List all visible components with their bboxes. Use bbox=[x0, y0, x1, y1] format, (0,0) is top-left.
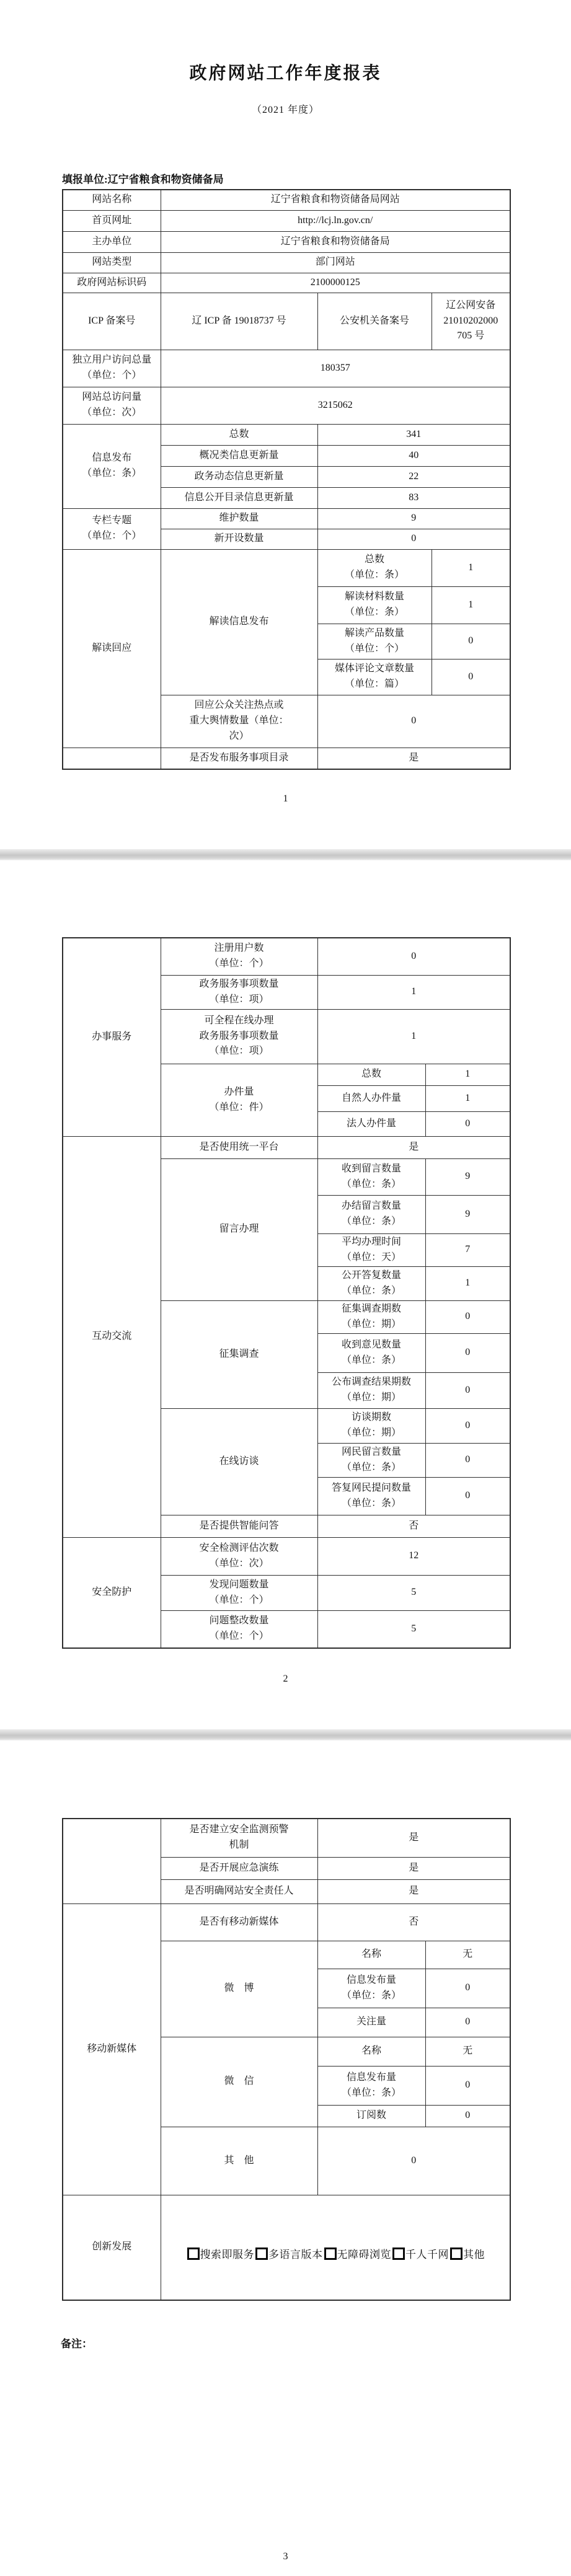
site-type-value: 部门网站 bbox=[161, 252, 510, 273]
site-code-label: 政府网站标识码 bbox=[63, 273, 161, 293]
site-type-label: 网站类型 bbox=[63, 252, 161, 273]
interpret-product-label: 解读产品数量 （单位：个） bbox=[317, 624, 432, 659]
newmedia-has-value: 否 bbox=[317, 1903, 510, 1941]
interact-results-value: 0 bbox=[425, 1372, 510, 1408]
interact-opinions-label: 收到意见数量 （单位：条） bbox=[317, 1333, 425, 1372]
newmedia-weibo-name-label: 名称 bbox=[317, 1941, 425, 1969]
interact-qa-label: 是否提供智能问答 bbox=[161, 1515, 317, 1537]
page-number-1: 1 bbox=[0, 793, 571, 805]
interact-open-reply-value: 1 bbox=[425, 1266, 510, 1300]
security-fixed-label: 问题整改数量 （单位：个） bbox=[161, 1610, 317, 1648]
unique-visitors-label: 独立用户访问总量 （单位：个） bbox=[63, 350, 161, 387]
columns-group-label: 专栏专题 （单位：个） bbox=[63, 508, 161, 549]
columns-maintain-label: 维护数量 bbox=[161, 508, 317, 529]
empty-cell bbox=[63, 748, 161, 769]
home-url-label: 首页网址 bbox=[63, 210, 161, 231]
info-pub-total-label: 总数 bbox=[161, 424, 317, 445]
security-owner-label: 是否明确网站安全责任人 bbox=[161, 1879, 317, 1903]
info-pub-dynamic-label: 政务动态信息更新量 bbox=[161, 466, 317, 487]
site-name-label: 网站名称 bbox=[63, 190, 161, 210]
service-dir-label: 是否发布服务事项目录 bbox=[161, 748, 317, 769]
interact-avg-value: 7 bbox=[425, 1233, 510, 1266]
table-row: 是否发布服务事项目录 是 bbox=[63, 748, 510, 769]
security-found-label: 发现问题数量 （单位：个） bbox=[161, 1575, 317, 1610]
interpret-media-label: 媒体评论文章数量 （单位：篇） bbox=[317, 659, 432, 695]
interact-open-reply-label: 公开答复数量 （单位：条） bbox=[317, 1266, 425, 1300]
interact-survey-group-label: 征集调查 bbox=[161, 1300, 317, 1408]
site-name-value: 辽宁省粮食和物资储备局网站 bbox=[161, 190, 510, 210]
interact-recv-label: 收到留言数量 （单位：条） bbox=[317, 1158, 425, 1195]
interpret-total-value: 1 bbox=[432, 549, 510, 586]
security-owner-value: 是 bbox=[317, 1879, 510, 1903]
checkbox-accessibility[interactable] bbox=[324, 2247, 337, 2260]
interpret-group-label: 解读回应 bbox=[63, 549, 161, 748]
newmedia-wechat-pub-value: 0 bbox=[425, 2066, 510, 2105]
service-online-label: 可全程在线办理 政务服务事项数量 （单位：项） bbox=[161, 1009, 317, 1064]
table-row: 安全防护 安全检测评估次数 （单位：次） 12 bbox=[63, 1537, 510, 1575]
interact-done-value: 9 bbox=[425, 1195, 510, 1233]
interact-survey-num-label: 征集调查期数 （单位：期） bbox=[317, 1300, 425, 1333]
interact-results-label: 公布调查结果期数 （单位：期） bbox=[317, 1372, 425, 1408]
newmedia-wechat-pub-label: 信息发布量 （单位：条） bbox=[317, 2066, 425, 2105]
newmedia-wechat-name-value: 无 bbox=[425, 2037, 510, 2066]
police-record-label: 公安机关备案号 bbox=[317, 293, 432, 350]
table-row: 独立用户访问总量 （单位：个） 180357 bbox=[63, 350, 510, 387]
total-visits-label: 网站总访问量 （单位：次） bbox=[63, 387, 161, 424]
checkbox-label: 搜索即服务 bbox=[200, 2249, 255, 2261]
page-separator bbox=[0, 849, 571, 860]
security-drill-label: 是否开展应急演练 bbox=[161, 1857, 317, 1879]
interpret-hotspot-label: 回应公众关注热点或 重大舆情数量（单位： 次） bbox=[161, 695, 317, 748]
interpret-hotspot-value: 0 bbox=[317, 695, 510, 748]
info-pub-dynamic-value: 22 bbox=[317, 466, 510, 487]
interact-msg-group-label: 留言办理 bbox=[161, 1158, 317, 1300]
interact-group-label: 互动交流 bbox=[63, 1136, 161, 1537]
interact-done-label: 办结留言数量 （单位：条） bbox=[317, 1195, 425, 1233]
service-online-value: 1 bbox=[317, 1009, 510, 1064]
security-newmedia-innovation-table: 是否建立安全监测预警 机制 是 是否开展应急演练 是 是否明确网站安全责任人 是… bbox=[62, 1818, 511, 2301]
interpret-total-label: 总数 （单位：条） bbox=[317, 549, 432, 586]
checkbox-label: 无障碍浏览 bbox=[337, 2249, 392, 2261]
innovation-group-label: 创新发展 bbox=[63, 2195, 161, 2300]
interact-platform-value: 是 bbox=[317, 1136, 510, 1158]
interact-reply-value: 0 bbox=[425, 1477, 510, 1515]
service-interact-security-table: 办事服务 注册用户数 （单位：个） 0 政务服务事项数量 （单位：项） 1 可全… bbox=[62, 937, 511, 1649]
newmedia-weibo-fans-label: 关注量 bbox=[317, 2008, 425, 2037]
service-items-label: 政务服务事项数量 （单位：项） bbox=[161, 975, 317, 1009]
report-year: （2021 年度） bbox=[0, 102, 571, 116]
service-reg-label: 注册用户数 （单位：个） bbox=[161, 938, 317, 975]
interact-qa-value: 否 bbox=[317, 1515, 510, 1537]
table-row: 首页网址 http://lcj.ln.gov.cn/ bbox=[63, 210, 510, 231]
innovation-options-line: 搜索即服务多语言版本无障碍浏览千人千网其他 bbox=[186, 2249, 485, 2261]
security-fixed-value: 5 bbox=[317, 1610, 510, 1648]
info-pub-catalog-value: 83 bbox=[317, 487, 510, 508]
security-group-label: 安全防护 bbox=[63, 1537, 161, 1648]
interact-platform-label: 是否使用统一平台 bbox=[161, 1136, 317, 1158]
checkbox-label: 其他 bbox=[463, 2249, 485, 2261]
table-row: 互动交流 是否使用统一平台 是 bbox=[63, 1136, 510, 1158]
interpret-material-value: 1 bbox=[432, 586, 510, 624]
interact-netizen-value: 0 bbox=[425, 1443, 510, 1477]
page-title: 政府网站工作年度报表 bbox=[0, 62, 571, 86]
interpret-pub-label: 解读信息发布 bbox=[161, 549, 317, 695]
page-separator bbox=[0, 1729, 571, 1740]
security-check-label: 安全检测评估次数 （单位：次） bbox=[161, 1537, 317, 1575]
interpret-material-label: 解读材料数量 （单位：条） bbox=[317, 586, 432, 624]
table-row: 网站总访问量 （单位：次） 3215062 bbox=[63, 387, 510, 424]
innovation-options-cell: 搜索即服务多语言版本无障碍浏览千人千网其他 bbox=[161, 2195, 510, 2300]
service-handle-total-value: 1 bbox=[425, 1064, 510, 1085]
table-row: 网站名称 辽宁省粮食和物资储备局网站 bbox=[63, 190, 510, 210]
interact-interview-num-label: 访谈期数 （单位：期） bbox=[317, 1408, 425, 1443]
newmedia-wechat-name-label: 名称 bbox=[317, 2037, 425, 2066]
columns-new-label: 新开设数量 bbox=[161, 529, 317, 549]
basic-info-table: 网站名称 辽宁省粮食和物资储备局网站 首页网址 http://lcj.ln.go… bbox=[62, 189, 511, 770]
security-drill-value: 是 bbox=[317, 1857, 510, 1879]
info-pub-overview-label: 概况类信息更新量 bbox=[161, 445, 317, 466]
unique-visitors-value: 180357 bbox=[161, 350, 510, 387]
security-warn-label: 是否建立安全监测预警 机制 bbox=[161, 1819, 317, 1857]
columns-new-value: 0 bbox=[317, 529, 510, 549]
newmedia-has-label: 是否有移动新媒体 bbox=[161, 1903, 317, 1941]
security-warn-value: 是 bbox=[317, 1819, 510, 1857]
newmedia-group-label: 移动新媒体 bbox=[63, 1903, 161, 2195]
total-visits-value: 3215062 bbox=[161, 387, 510, 424]
table-row: 解读回应 解读信息发布 总数 （单位：条） 1 bbox=[63, 549, 510, 586]
police-record-value: 辽公网安备 21010202000 705 号 bbox=[432, 293, 510, 350]
newmedia-weibo-pub-label: 信息发布量 （单位：条） bbox=[317, 1969, 425, 2008]
icp-value: 辽 ICP 备 19018737 号 bbox=[161, 293, 317, 350]
info-pub-catalog-label: 信息公开目录信息更新量 bbox=[161, 487, 317, 508]
table-row: 网站类型 部门网站 bbox=[63, 252, 510, 273]
page-number-3: 3 bbox=[0, 2551, 571, 2562]
newmedia-other-value: 0 bbox=[317, 2127, 510, 2195]
service-dir-value: 是 bbox=[317, 748, 510, 769]
interact-interview-group-label: 在线访谈 bbox=[161, 1408, 317, 1515]
table-row: 移动新媒体 是否有移动新媒体 否 bbox=[63, 1903, 510, 1941]
newmedia-weibo-group-label: 微 博 bbox=[161, 1941, 317, 2037]
icp-label: ICP 备案号 bbox=[63, 293, 161, 350]
checkbox-label: 多语言版本 bbox=[268, 2249, 323, 2261]
newmedia-weibo-name-value: 无 bbox=[425, 1941, 510, 1969]
newmedia-other-label: 其 他 bbox=[161, 2127, 317, 2195]
page-3: 是否建立安全监测预警 机制 是 是否开展应急演练 是 是否明确网站安全责任人 是… bbox=[0, 1740, 571, 2576]
newmedia-weibo-fans-value: 0 bbox=[425, 2008, 510, 2037]
service-items-value: 1 bbox=[317, 975, 510, 1009]
table-row: ICP 备案号 辽 ICP 备 19018737 号 公安机关备案号 辽公网安备… bbox=[63, 293, 510, 350]
interact-recv-value: 9 bbox=[425, 1158, 510, 1195]
table-row: 办事服务 注册用户数 （单位：个） 0 bbox=[63, 938, 510, 975]
newmedia-wechat-subs-label: 订阅数 bbox=[317, 2105, 425, 2127]
service-legal-value: 0 bbox=[425, 1111, 510, 1136]
service-natural-label: 自然人办件量 bbox=[317, 1085, 425, 1111]
table-row: 创新发展 搜索即服务多语言版本无障碍浏览千人千网其他 bbox=[63, 2195, 510, 2300]
organizer-label: 主办单位 bbox=[63, 231, 161, 252]
security-group-continuation-cell bbox=[63, 1819, 161, 1903]
interact-reply-label: 答复网民提问数量 （单位：条） bbox=[317, 1477, 425, 1515]
newmedia-wechat-group-label: 微 信 bbox=[161, 2037, 317, 2127]
service-handle-group-label: 办件量 （单位：件） bbox=[161, 1064, 317, 1136]
page-2: 办事服务 注册用户数 （单位：个） 0 政务服务事项数量 （单位：项） 1 可全… bbox=[0, 860, 571, 1729]
checkbox-label: 千人千网 bbox=[405, 2249, 449, 2261]
service-reg-value: 0 bbox=[317, 938, 510, 975]
interpret-media-value: 0 bbox=[432, 659, 510, 695]
table-row: 政府网站标识码 2100000125 bbox=[63, 273, 510, 293]
checkbox-personalized-web[interactable] bbox=[392, 2247, 405, 2260]
page-number-2: 2 bbox=[0, 1674, 571, 1685]
interpret-product-value: 0 bbox=[432, 624, 510, 659]
service-legal-label: 法人办件量 bbox=[317, 1111, 425, 1136]
checkbox-search-as-service[interactable] bbox=[187, 2247, 200, 2260]
interact-survey-num-value: 0 bbox=[425, 1300, 510, 1333]
checkbox-multilingual[interactable] bbox=[255, 2247, 268, 2260]
interact-avg-label: 平均办理时间 （单位：天） bbox=[317, 1233, 425, 1266]
service-handle-total-label: 总数 bbox=[317, 1064, 425, 1085]
reporting-unit: 填报单位:辽宁省粮食和物资储备局 bbox=[62, 170, 571, 186]
page-1: 政府网站工作年度报表 （2021 年度） 填报单位:辽宁省粮食和物资储备局 网站… bbox=[0, 0, 571, 849]
info-pub-group-label: 信息发布 （单位：条） bbox=[63, 424, 161, 508]
notes-label: 备注： bbox=[61, 2335, 571, 2350]
interact-interview-num-value: 0 bbox=[425, 1408, 510, 1443]
security-check-value: 12 bbox=[317, 1537, 510, 1575]
newmedia-wechat-subs-value: 0 bbox=[425, 2105, 510, 2127]
table-row: 主办单位 辽宁省粮食和物资储备局 bbox=[63, 231, 510, 252]
table-row: 专栏专题 （单位：个） 维护数量 9 bbox=[63, 508, 510, 529]
service-group-label: 办事服务 bbox=[63, 938, 161, 1136]
info-pub-total-value: 341 bbox=[317, 424, 510, 445]
checkbox-other[interactable] bbox=[450, 2247, 463, 2260]
organizer-value: 辽宁省粮食和物资储备局 bbox=[161, 231, 510, 252]
info-pub-overview-value: 40 bbox=[317, 445, 510, 466]
home-url-value: http://lcj.ln.gov.cn/ bbox=[161, 210, 510, 231]
table-row: 是否建立安全监测预警 机制 是 bbox=[63, 1819, 510, 1857]
interact-opinions-value: 0 bbox=[425, 1333, 510, 1372]
table-row: 信息发布 （单位：条） 总数 341 bbox=[63, 424, 510, 445]
interact-netizen-label: 网民留言数量 （单位：条） bbox=[317, 1443, 425, 1477]
service-natural-value: 1 bbox=[425, 1085, 510, 1111]
security-found-value: 5 bbox=[317, 1575, 510, 1610]
newmedia-weibo-pub-value: 0 bbox=[425, 1969, 510, 2008]
site-code-value: 2100000125 bbox=[161, 273, 510, 293]
columns-maintain-value: 9 bbox=[317, 508, 510, 529]
